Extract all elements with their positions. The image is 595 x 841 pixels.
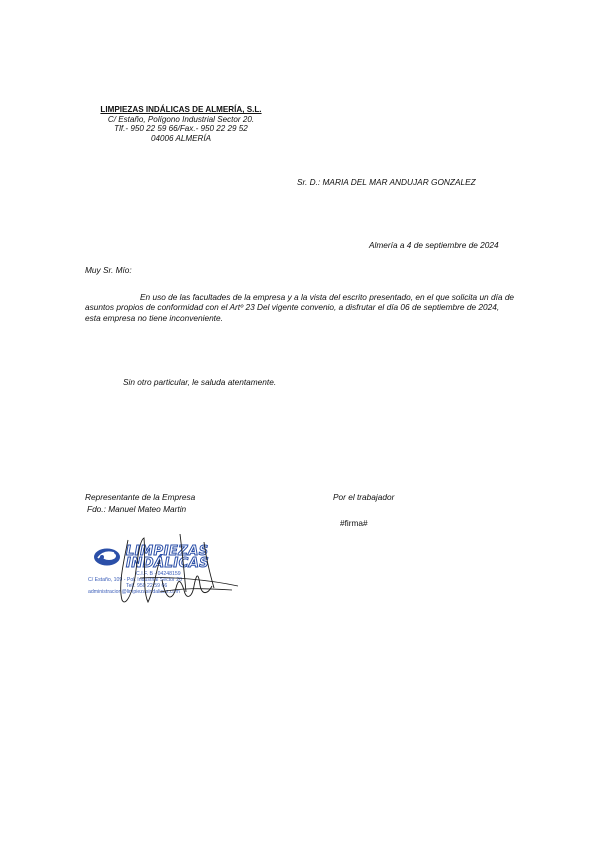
recipient: Sr. D.: MARIA DEL MAR ANDUJAR GONZALEZ xyxy=(297,177,476,187)
letter-body: En uso de las facultades de la empresa y… xyxy=(85,292,515,323)
company-signer-name: Fdo.: Manuel Mateo Martin xyxy=(87,504,186,514)
closing: Sin otro particular, le saluda atentamen… xyxy=(123,377,276,387)
stamp-email: administracion@limpiezasindalicas.com xyxy=(88,589,180,595)
company-representative-title: Representante de la Empresa xyxy=(85,492,195,502)
company-header: LIMPIEZAS INDÁLICAS DE ALMERÍA, S.L. C/ … xyxy=(90,105,272,143)
stamp-brand-line2: INDÁLICAS xyxy=(126,557,209,570)
company-address: C/ Estaño, Polígono Industrial Sector 20… xyxy=(90,115,272,125)
worker-signature-title: Por el trabajador xyxy=(333,492,394,502)
date-line: Almería a 4 de septiembre de 2024 xyxy=(369,240,499,250)
company-postal-city: 04006 ALMERÍA xyxy=(90,134,272,144)
letter-page: LIMPIEZAS INDÁLICAS DE ALMERÍA, S.L. C/ … xyxy=(0,0,595,841)
company-stamp: LIMPIEZAS INDÁLICAS C.I.F. B - 04248159 … xyxy=(86,540,246,608)
salutation: Muy Sr. Mío: xyxy=(85,265,132,275)
worker-signature-placeholder: #firma# xyxy=(340,518,368,528)
company-name: LIMPIEZAS INDÁLICAS DE ALMERÍA, S.L. xyxy=(90,105,272,115)
indalo-logo-icon xyxy=(92,546,122,568)
company-phone-fax: Tlf.- 950 22 59 66/Fax.- 950 22 29 52 xyxy=(90,124,272,134)
